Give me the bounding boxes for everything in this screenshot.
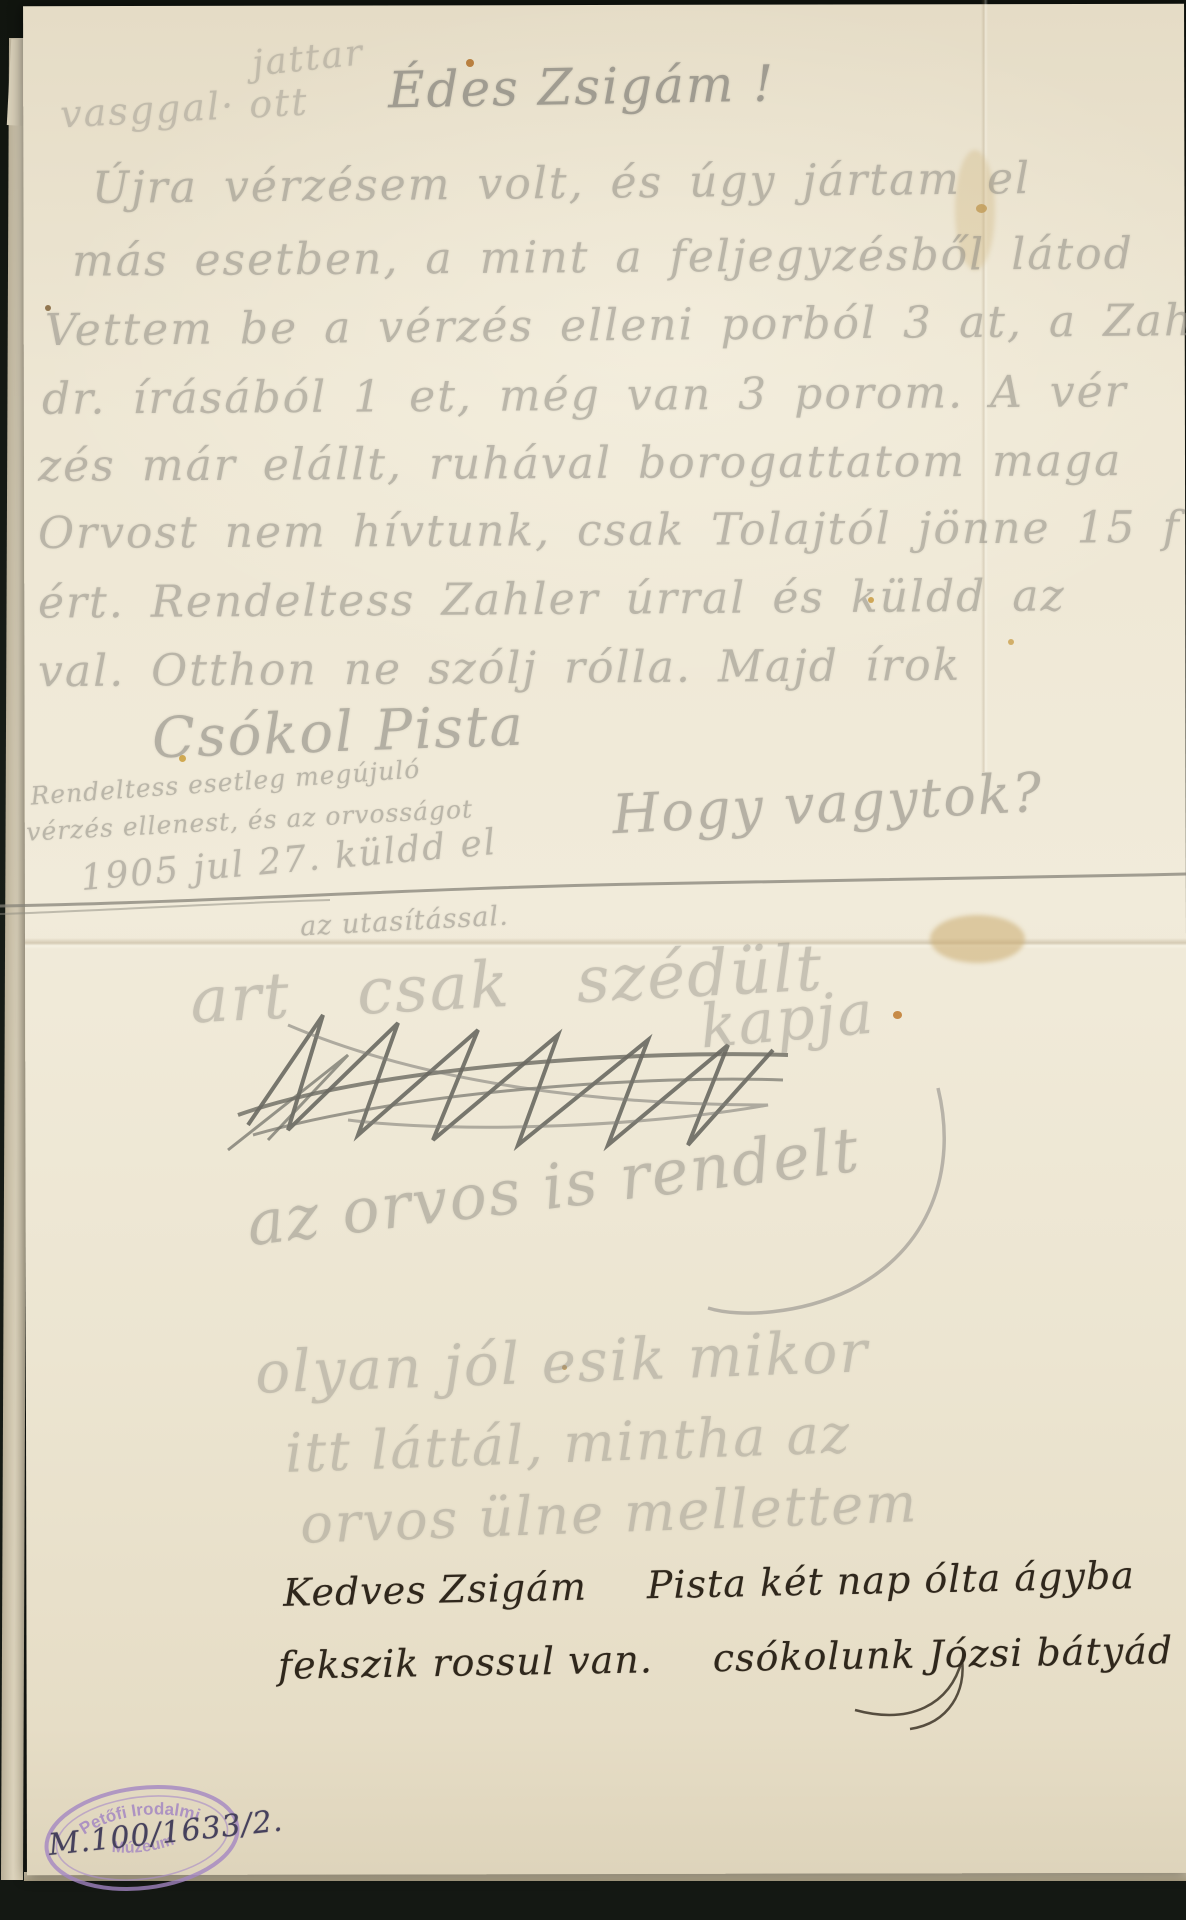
ink-postscript-part: fekszik rossul van. — [278, 1637, 654, 1688]
signature-flourish — [850, 1655, 970, 1735]
spacer — [653, 1671, 713, 1672]
pen-flourish — [700, 1080, 960, 1330]
scanned-letter-page: jattar vasggal· ott Édes Zsigám ! Újra v… — [0, 0, 1186, 1920]
spacer — [587, 1598, 647, 1599]
ink-postscript-part: Kedves Zsigám — [283, 1565, 588, 1615]
